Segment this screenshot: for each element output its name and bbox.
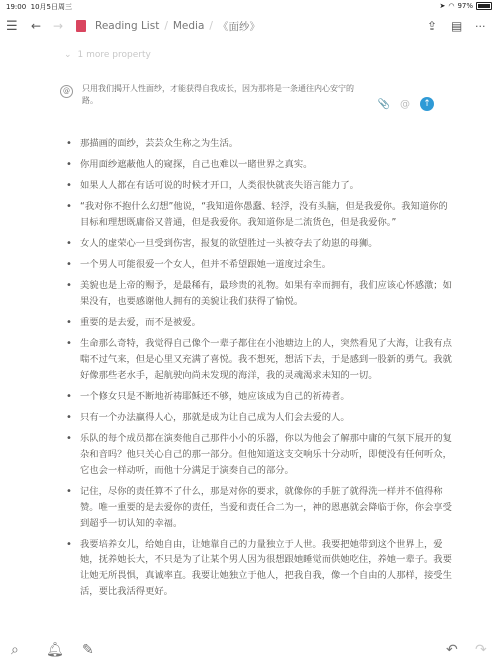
property-toggle[interactable]: ⌄ 1 more property	[64, 50, 151, 60]
send-button[interactable]: ↑	[420, 97, 434, 111]
list-item[interactable]: 一个修女只是不断地祈祷耶稣还不够，她应该成为自己的祈祷者。	[66, 389, 452, 405]
list-item[interactable]: 一个男人可能很爱一个女人，但并不希望跟她一道度过余生。	[66, 257, 452, 273]
breadcrumb-separator: /	[209, 20, 213, 32]
list-item[interactable]: 我要培养女儿，给她自由，让她靠自己的力量独立于人世。我要把她带到这个世界上，爱她…	[66, 537, 452, 600]
list-item[interactable]: 记住，尽你的责任算不了什么，那是对你的要求，就像你的手脏了就得洗一样并不值得称赞…	[66, 484, 452, 531]
share-icon[interactable]: ⇪	[427, 19, 437, 33]
attach-icon[interactable]: 📎	[378, 99, 390, 110]
top-bar: ☰ ← → Reading List / Media / 《面纱》 ⇪ ▤ ··…	[0, 12, 500, 40]
wifi-icon: ◠	[448, 2, 454, 10]
mention-button-icon[interactable]: @	[400, 99, 410, 110]
comments-icon[interactable]: ▤	[451, 19, 462, 33]
list-item[interactable]: 乐队的每个成员都在演奏他自己那件小小的乐器，你以为他会了解那中庸的气氛下展开的复…	[66, 431, 452, 478]
list-item[interactable]: 只有一个办法赢得人心，那就是成为让自己成为人们会去爱的人。	[66, 410, 452, 426]
comment-text[interactable]: 只用我们揭开人性面纱，才能获得自我成长，因为那将是一条通往内心安宁的路。	[82, 83, 362, 107]
status-date: 10月5日周三	[31, 3, 72, 11]
breadcrumb-media[interactable]: Media	[173, 20, 205, 32]
chevron-down-icon: ⌄	[64, 50, 72, 60]
list-item[interactable]: 生命那么奇特，我觉得自己像个一辈子都住在小池塘边上的人，突然看见了大海，让我有点…	[66, 336, 452, 383]
breadcrumb-page[interactable]: 《面纱》	[218, 19, 260, 34]
compose-icon[interactable]: ✎	[82, 642, 94, 658]
location-icon: ➤	[439, 2, 445, 10]
list-item[interactable]: 女人的虚荣心一旦受到伤害，报复的欲望胜过一头被夺去了幼崽的母狮。	[66, 236, 452, 252]
breadcrumb-separator: /	[164, 20, 168, 32]
bottom-toolbar: ⌕ 🔔︎ ✎ ↶ ↷	[0, 636, 500, 666]
list-item[interactable]: 你用面纱遮蔽他人的窥探，自己也难以一睹世界之真实。	[66, 157, 452, 173]
more-icon[interactable]: ···	[475, 20, 486, 33]
search-icon[interactable]: ⌕	[11, 642, 19, 658]
status-bar: 19:00 10月5日周三 ➤ ◠ 97%	[0, 0, 500, 12]
list-item[interactable]: 那描画的面纱，芸芸众生称之为生活。	[66, 136, 452, 152]
bullet-list: 那描画的面纱，芸芸众生称之为生活。 你用面纱遮蔽他人的窥探，自己也难以一睹世界之…	[66, 136, 452, 605]
list-item[interactable]: 重要的是去爱，而不是被爱。	[66, 315, 452, 331]
list-item[interactable]: 如果人人都在有话可说的时候才开口，人类很快就丧失语言能力了。	[66, 178, 452, 194]
battery-percent: 97%	[457, 2, 473, 10]
breadcrumb: Reading List / Media / 《面纱》	[76, 19, 260, 34]
undo-icon[interactable]: ↶	[446, 642, 458, 658]
forward-icon[interactable]: →	[53, 19, 63, 33]
book-icon	[76, 20, 86, 32]
status-time: 19:00	[6, 3, 26, 11]
mention-icon: @	[60, 85, 73, 98]
property-toggle-label: 1 more property	[78, 50, 151, 60]
redo-icon[interactable]: ↷	[475, 642, 487, 658]
bell-icon[interactable]: 🔔︎	[46, 642, 64, 658]
list-item[interactable]: 美貌也是上帝的赐予，是最稀有，最珍贵的礼物。如果有幸而拥有，我们应该心怀感激；如…	[66, 278, 452, 310]
battery-icon	[476, 2, 492, 10]
breadcrumb-reading-list[interactable]: Reading List	[95, 20, 159, 32]
back-icon[interactable]: ←	[31, 19, 41, 33]
list-item[interactable]: “我对你不抱什么幻想”他说，“我知道你愚蠢、轻浮，没有头脑，但是我爱你。我知道你…	[66, 199, 452, 231]
menu-icon[interactable]: ☰	[6, 19, 18, 34]
